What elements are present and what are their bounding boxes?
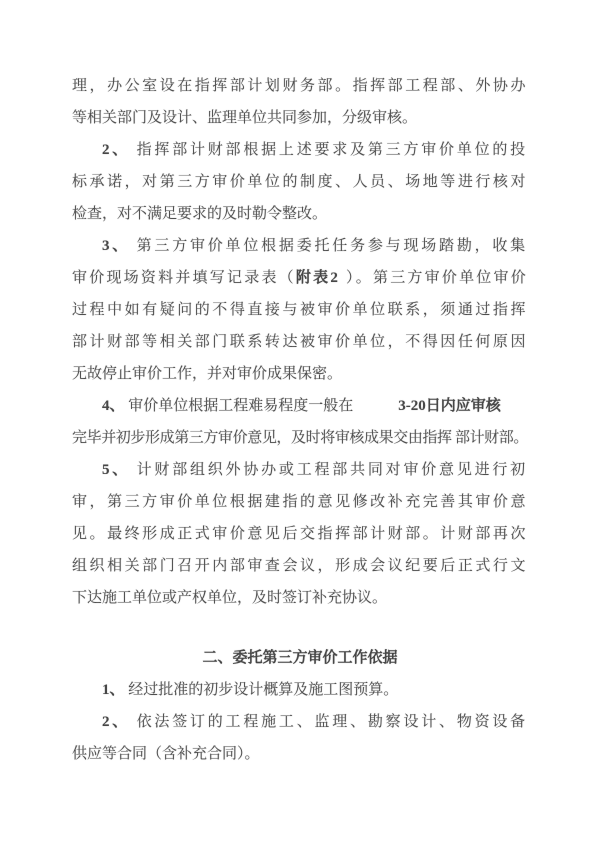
text-line-content: 完毕并初步形成第三方审价意见，及时将审核成果交由指挥 部计财部。 [72,430,528,446]
text-line-content: 2、 依法签订的工程施工、监理、勘察设计、物资设备 [102,714,528,730]
text-segment: 依法签订的工程施工、监理、勘察设计、物资设备 [130,714,528,730]
text-line: 4、 审价单位根据工程难易程度一般在 3-20日内应审核 [72,390,528,422]
text-segment: 审价现场资料并填写记录表（ [72,270,296,286]
text-segment: 标承诺，对第三方审价单位的制度、人员、场地等进行核对 [72,174,528,190]
text-line: 无故停止审价工作，并对审价成果保密。 [72,358,528,390]
text-segment: 过程中如有疑问的不得直接与被审价单位联系，须通过指挥 [72,302,528,318]
text-line-content: 部计财部等相关部门联系转达被审价单位，不得因任何原因 [72,334,528,350]
text-segment: 指挥部计财部根据上述要求及第三方审价单位的投 [130,142,528,158]
text-line: 2、 指挥部计财部根据上述要求及第三方审价单位的投 [72,134,528,166]
text-segment: 见。最终形成正式审价意见后交指挥部计财部。计财部再次 [72,526,528,542]
text-segment: 第三方审价单位根据委托任务参与现场踏勘，收集 [130,238,528,254]
text-line: 下达施工单位或产权单位，及时签订补充协议。 [72,582,528,614]
text-line-content: 审，第三方审价单位根据建指的意见修改补充完善其审价意 [72,494,528,510]
text-line-content: 3、 第三方审价单位根据委托任务参与现场踏勘，收集 [102,238,528,254]
text-line-content: 二、委托第三方审价工作依据 [202,650,397,666]
text-segment: 1、 [102,682,125,698]
text-segment: 组织相关部门召开内部审查会议，形成会议纪要后正式行文 [72,558,528,574]
text-line-content: 4、 审价单位根据工程难易程度一般在 3-20日内应审核 [102,398,501,414]
text-segment: 审价单位根据工程难易程度一般在 [125,398,399,414]
text-line-content: 过程中如有疑问的不得直接与被审价单位联系，须通过指挥 [72,302,528,318]
text-segment: 附表2 [296,270,340,286]
text-line-content: 审价现场资料并填写记录表（附表2 ）。第三方审价单位审价 [72,270,528,286]
text-line-content: 检查，对不满足要求的及时勒令整改。 [72,206,327,222]
text-line-content: 5、 计财部组织外协办或工程部共同对审价意见进行初 [102,462,528,478]
text-line: 审，第三方审价单位根据建指的意见修改补充完善其审价意 [72,486,528,518]
text-line-content: 组织相关部门召开内部审查会议，形成会议纪要后正式行文 [72,558,528,574]
text-segment: 经过批准的初步设计概算及施工图预算。 [125,682,399,698]
text-segment: 2、 [102,714,130,730]
text-segment: 3、 [102,238,130,254]
text-segment: 理，办公室设在指挥部计划财务部。指挥部工程部、外协办 [72,78,528,94]
text-line-content: 供应等合同（含补充合同）。 [72,746,260,762]
text-line-content: 1、 经过批准的初步设计概算及施工图预算。 [102,682,398,698]
text-line: 审价现场资料并填写记录表（附表2 ）。第三方审价单位审价 [72,262,528,294]
text-line: 完毕并初步形成第三方审价意见，及时将审核成果交由指挥 部计财部。 [72,422,528,454]
text-line: 部计财部等相关部门联系转达被审价单位，不得因任何原因 [72,326,528,358]
text-segment: 5、 [102,462,130,478]
text-line: 供应等合同（含补充合同）。 [72,738,528,770]
text-segment: 二、委托第三方审价工作依据 [202,650,397,666]
text-segment: 完毕并初步形成第三方审价意见，及时将审核成果交由指挥 部计财部。 [72,430,528,446]
text-segment: 等相关部门及设计、监理单位共同参加，分级审核。 [72,110,417,126]
text-segment: 供应等合同（含补充合同）。 [72,746,260,762]
text-line: 等相关部门及设计、监理单位共同参加，分级审核。 [72,102,528,134]
text-segment: 4、 [102,398,125,414]
text-line: 1、 经过批准的初步设计概算及施工图预算。 [72,674,528,706]
text-line: 组织相关部门召开内部审查会议，形成会议纪要后正式行文 [72,550,528,582]
text-line-content: 见。最终形成正式审价意见后交指挥部计财部。计财部再次 [72,526,528,542]
text-line: 2、 依法签订的工程施工、监理、勘察设计、物资设备 [72,706,528,738]
document-page: 理，办公室设在指挥部计划财务部。指挥部工程部、外协办等相关部门及设计、监理单位共… [0,0,600,849]
text-line-content: 2、 指挥部计财部根据上述要求及第三方审价单位的投 [102,142,528,158]
text-segment: 下达施工单位或产权单位，及时签订补充协议。 [72,590,387,606]
text-segment: ）。第三方审价单位审价 [340,270,528,286]
text-line-content: 理，办公室设在指挥部计划财务部。指挥部工程部、外协办 [72,78,528,94]
text-line: 5、 计财部组织外协办或工程部共同对审价意见进行初 [72,454,528,486]
text-line: 过程中如有疑问的不得直接与被审价单位联系，须通过指挥 [72,294,528,326]
text-line-content: 等相关部门及设计、监理单位共同参加，分级审核。 [72,110,417,126]
text-segment: 3-20日内应审核 [398,398,501,414]
text-segment: 计财部组织外协办或工程部共同对审价意见进行初 [130,462,528,478]
text-line: 标承诺，对第三方审价单位的制度、人员、场地等进行核对 [72,166,528,198]
text-segment: 无故停止审价工作，并对审价成果保密。 [72,366,342,382]
text-line: 检查，对不满足要求的及时勒令整改。 [72,198,528,230]
text-segment: 2、 [102,142,130,158]
text-line: 3、 第三方审价单位根据委托任务参与现场踏勘，收集 [72,230,528,262]
text-segment: 审，第三方审价单位根据建指的意见修改补充完善其审价意 [72,494,528,510]
document-content: 理，办公室设在指挥部计划财务部。指挥部工程部、外协办等相关部门及设计、监理单位共… [72,70,528,770]
text-line-content: 下达施工单位或产权单位，及时签订补充协议。 [72,590,387,606]
text-line-content: 无故停止审价工作，并对审价成果保密。 [72,366,342,382]
text-segment: 部计财部等相关部门联系转达被审价单位，不得因任何原因 [72,334,528,350]
section-heading: 二、委托第三方审价工作依据 [72,642,528,674]
text-line-content: 标承诺，对第三方审价单位的制度、人员、场地等进行核对 [72,174,528,190]
text-segment: 检查，对不满足要求的及时勒令整改。 [72,206,327,222]
text-line: 理，办公室设在指挥部计划财务部。指挥部工程部、外协办 [72,70,528,102]
text-line: 见。最终形成正式审价意见后交指挥部计财部。计财部再次 [72,518,528,550]
